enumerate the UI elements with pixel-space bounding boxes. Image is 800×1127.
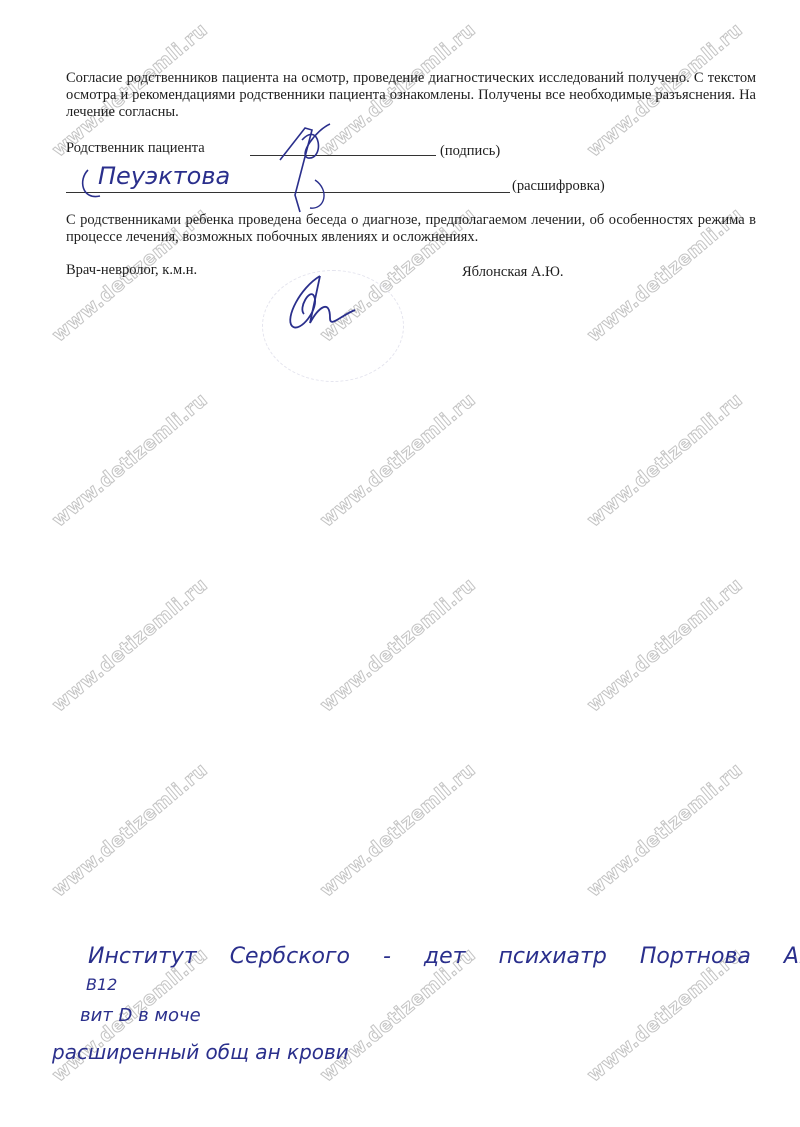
watermark: www.detizemli.ru: [39, 566, 222, 724]
watermark: www.detizemli.ru: [307, 566, 490, 724]
watermark: www.detizemli.ru: [574, 381, 757, 539]
decoding-caption: (расшифровка): [512, 178, 605, 195]
document-page: www.detizemli.ru www.detizemli.ru www.de…: [0, 0, 800, 1127]
handwritten-note-2: В12: [86, 975, 117, 994]
doctor-title: Врач-невролог, к.м.н.: [66, 262, 197, 279]
signature-caption: (подпись): [440, 143, 500, 160]
watermark: www.detizemli.ru: [307, 751, 490, 909]
relative-signature-icon: [80, 100, 360, 220]
watermark: www.detizemli.ru: [307, 381, 490, 539]
handwritten-note-3: вит D в моче: [80, 1005, 201, 1026]
watermark: www.detizemli.ru: [39, 381, 222, 539]
handwritten-note-4: расширенный общ ан крови: [52, 1040, 349, 1064]
handwritten-note-1: Институт Сербского - дет психиатр Портно…: [88, 944, 800, 969]
doctor-name: Яблонская А.Ю.: [462, 264, 564, 281]
watermark: www.detizemli.ru: [574, 751, 757, 909]
doctor-signature-icon: [280, 268, 380, 338]
watermark: www.detizemli.ru: [574, 566, 757, 724]
watermark: www.detizemli.ru: [39, 751, 222, 909]
